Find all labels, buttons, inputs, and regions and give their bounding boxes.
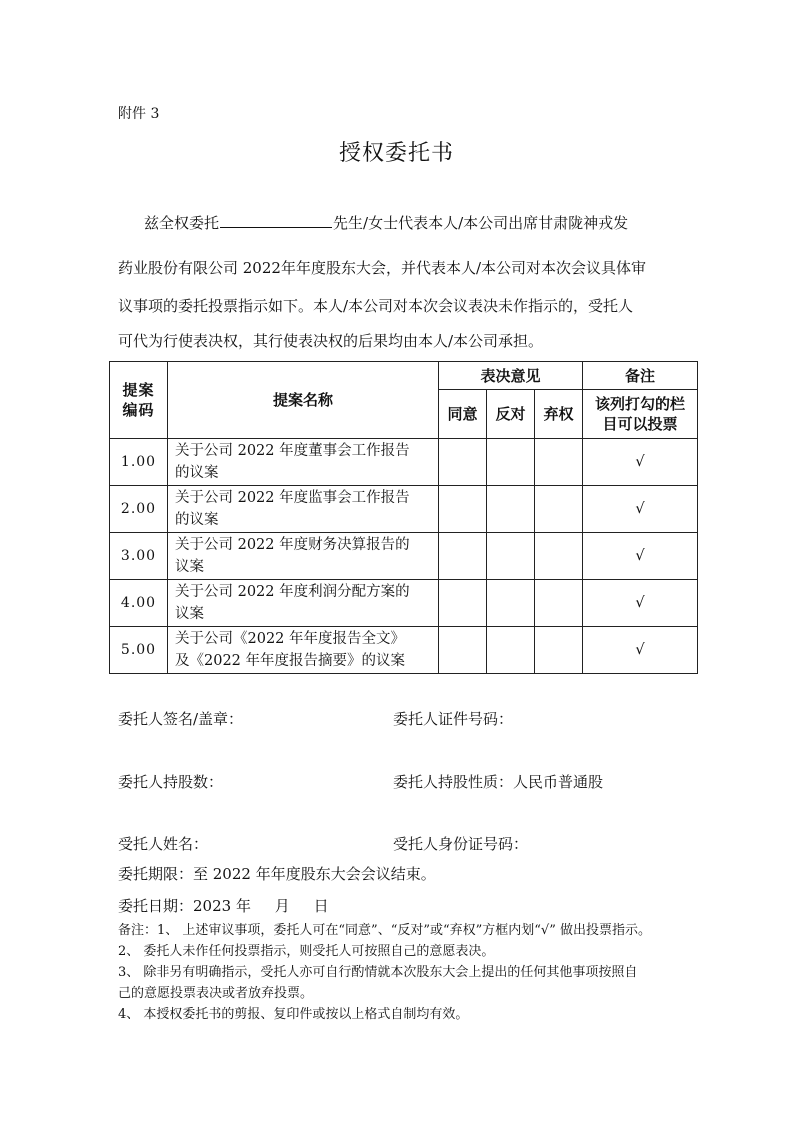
principal-sign-label: 委托人签名/盖章： [118,708,243,729]
row-name: 关于公司《2022 年年度报告全文》及《2022 年年度报告摘要》的议案 [168,627,439,674]
check-mark: √ [583,439,698,486]
check-mark: √ [583,580,698,627]
proxy-name-blank[interactable] [220,213,332,228]
check-mark: √ [583,486,698,533]
row-name-line2: 及《2022 年年度报告摘要》的议案 [175,650,438,672]
header-agree: 同意 [439,390,487,439]
attachment-label: 附件 3 [118,103,159,123]
table-row: 3.00 关于公司 2022 年度财务决算报告的议案 √ [110,533,698,580]
abstain-cell[interactable] [535,439,583,486]
header-note-group: 备注 [583,362,698,390]
voting-table: 提案 编码 提案名称 表决意见 备注 同意 反对 弃权 该列打勾的栏 目可以投票… [109,361,698,674]
row-name: 关于公司 2022 年度财务决算报告的议案 [168,533,439,580]
header-note-line2: 目可以投票 [583,414,697,434]
row-code: 1.00 [110,439,168,486]
agent-name-label: 受托人姓名： [118,833,208,854]
row-name-line2: 的议案 [175,462,438,484]
note-2: 2、 委托人未作任何投票指示，则受托人可按照自己的意愿表决。 [118,941,494,962]
row-code: 2.00 [110,486,168,533]
row-name-line1: 关于公司 2022 年度监事会工作报告 [175,487,438,509]
oppose-cell[interactable] [487,439,535,486]
note-3b: 己的意愿投票表决或者放弃投票。 [118,983,313,1004]
check-mark: √ [583,627,698,674]
oppose-cell[interactable] [487,580,535,627]
row-name: 关于公司 2022 年度利润分配方案的议案 [168,580,439,627]
header-code: 提案 编码 [110,362,168,439]
intro-line-4: 可代为行使表决权，其行使表决权的后果均由本人/本公司承担。 [118,330,688,351]
table-row: 1.00 关于公司 2022 年度董事会工作报告的议案 √ [110,439,698,486]
agree-cell[interactable] [439,627,487,674]
note-3a: 3、 除非另有明确指示，受托人亦可自行酌情就本次股东大会上提出的任何其他事项按照… [118,962,637,983]
principal-shares-label: 委托人持股数： [118,771,223,792]
intro-line-1: 兹全权委托先生/女士代表本人/本公司出席甘肃陇神戎发 [144,212,714,233]
proxy-period: 委托期限：至 2022 年年度股东大会会议结束。 [118,863,436,884]
header-abstain: 弃权 [535,390,583,439]
header-note-line1: 该列打勾的栏 [583,394,697,414]
header-note: 该列打勾的栏 目可以投票 [583,390,698,439]
oppose-cell[interactable] [487,627,535,674]
header-vote-group: 表决意见 [439,362,583,390]
row-name-line2: 议案 [175,556,438,578]
table-row: 4.00 关于公司 2022 年度利润分配方案的议案 √ [110,580,698,627]
proxy-date: 委托日期：2023 年 月 日 [118,895,329,916]
row-code: 3.00 [110,533,168,580]
note-1: 备注：1、 上述审议事项，委托人可在“同意”、“反对”或“弃权”方框内划“√” … [118,920,651,941]
oppose-cell[interactable] [487,486,535,533]
agree-cell[interactable] [439,486,487,533]
row-name-line1: 关于公司 2022 年度财务决算报告的 [175,534,438,556]
intro-suffix: 先生/女士代表本人/本公司出席甘肃陇神戎发 [333,214,628,232]
row-code: 5.00 [110,627,168,674]
note-4: 4、 本授权委托书的剪报、复印件或按以上格式自制均有效。 [118,1004,468,1025]
header-name: 提案名称 [168,362,439,439]
row-name-line1: 关于公司 2022 年度利润分配方案的 [175,581,438,603]
header-oppose: 反对 [487,390,535,439]
agent-id-label: 受托人身份证号码： [393,833,528,854]
header-code-line1: 提案 [110,380,167,400]
row-name: 关于公司 2022 年度董事会工作报告的议案 [168,439,439,486]
document-title: 授权委托书 [0,136,793,167]
intro-line-3: 议事项的委托投票指示如下。本人/本公司对本次会议表决未作指示的，受托人 [118,295,688,316]
agree-cell[interactable] [439,439,487,486]
row-name-line1: 关于公司 2022 年度董事会工作报告 [175,440,438,462]
table-row: 2.00 关于公司 2022 年度监事会工作报告的议案 √ [110,486,698,533]
row-name-line2: 的议案 [175,509,438,531]
agree-cell[interactable] [439,580,487,627]
oppose-cell[interactable] [487,533,535,580]
intro-prefix: 兹全权委托 [144,214,219,232]
share-nature-label: 委托人持股性质：人民币普通股 [393,771,603,792]
abstain-cell[interactable] [535,627,583,674]
row-name: 关于公司 2022 年度监事会工作报告的议案 [168,486,439,533]
table-row: 5.00 关于公司《2022 年年度报告全文》及《2022 年年度报告摘要》的议… [110,627,698,674]
check-mark: √ [583,533,698,580]
intro-line-2: 药业股份有限公司 2022年年度股东大会，并代表本人/本公司对本次会议具体审 [118,257,688,278]
principal-id-label: 委托人证件号码： [393,708,513,729]
row-code: 4.00 [110,580,168,627]
abstain-cell[interactable] [535,486,583,533]
abstain-cell[interactable] [535,580,583,627]
agree-cell[interactable] [439,533,487,580]
abstain-cell[interactable] [535,533,583,580]
header-code-line2: 编码 [110,400,167,420]
row-name-line1: 关于公司《2022 年年度报告全文》 [175,628,438,650]
row-name-line2: 议案 [175,603,438,625]
